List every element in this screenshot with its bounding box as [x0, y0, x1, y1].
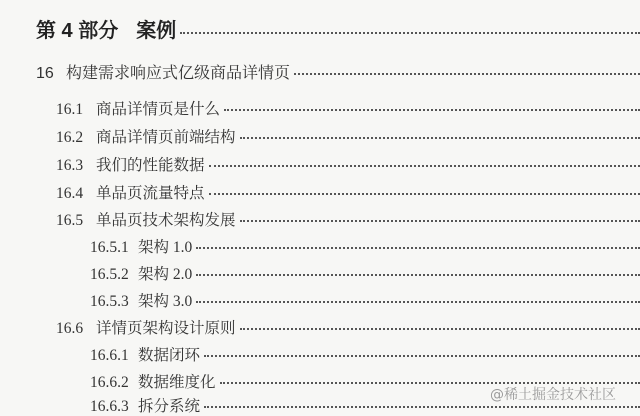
dot-leader	[196, 247, 640, 249]
dot-leader	[294, 73, 640, 75]
watermark: @稀土掘金技术社区	[486, 384, 620, 404]
entry-title: 单品页技术架构发展	[96, 208, 236, 230]
entry-number: 16.6.3	[90, 398, 138, 416]
entry-title: 架构 3.0	[138, 289, 192, 311]
dot-leader	[240, 328, 640, 330]
toc-entry: 16.6 详情页架构设计原则	[56, 316, 640, 338]
entry-title: 商品详情页是什么	[96, 97, 220, 119]
entry-title: 商品详情页前端结构	[96, 125, 236, 147]
toc-entry: 16.3 我们的性能数据	[56, 153, 640, 175]
dot-leader	[180, 32, 640, 34]
entry-title: 拆分系统	[138, 394, 200, 416]
entry-number: 16.5.2	[90, 266, 138, 284]
dot-leader	[224, 109, 640, 111]
toc-entry: 16.1 商品详情页是什么	[56, 97, 640, 119]
dot-leader	[204, 406, 640, 408]
toc-entry: 16.4 单品页流量特点	[56, 181, 640, 203]
entry-number: 16.3	[56, 157, 96, 175]
entry-number: 16.5.3	[90, 293, 138, 311]
dot-leader	[240, 220, 640, 222]
toc-entry: 16.5.2 架构 2.0	[90, 262, 640, 284]
part-title: 案例	[136, 14, 176, 43]
toc-entry: 16.2 商品详情页前端结构	[56, 125, 640, 147]
entry-title: 架构 2.0	[138, 262, 192, 284]
entry-title: 数据闭环	[138, 343, 200, 365]
dot-leader	[196, 301, 640, 303]
entry-title: 数据维度化	[138, 370, 216, 392]
dot-leader	[240, 137, 640, 139]
dot-leader	[196, 274, 640, 276]
toc-part-heading: 第 4 部分 案例	[36, 14, 640, 43]
entry-title: 架构 1.0	[138, 235, 192, 257]
toc-entry: 16.5 单品页技术架构发展	[56, 208, 640, 230]
entry-title: 单品页流量特点	[96, 181, 205, 203]
entry-number: 16.6.2	[90, 374, 138, 392]
entry-number: 16.4	[56, 185, 96, 203]
entry-number: 16.5	[56, 212, 96, 230]
entry-number: 16.2	[56, 129, 96, 147]
toc-page: 第 4 部分 案例 16 构建需求响应式亿级商品详情页 16.1 商品详情页是什…	[0, 0, 640, 416]
entry-title: 我们的性能数据	[96, 153, 205, 175]
dot-leader	[204, 355, 640, 357]
chapter-number: 16	[36, 65, 66, 83]
entry-number: 16.1	[56, 101, 96, 119]
dot-leader	[209, 193, 640, 195]
part-number: 第 4 部分	[36, 14, 118, 43]
entry-number: 16.6.1	[90, 347, 138, 365]
entry-title: 详情页架构设计原则	[96, 316, 236, 338]
entry-number: 16.6	[56, 320, 96, 338]
toc-chapter: 16 构建需求响应式亿级商品详情页	[36, 60, 640, 83]
toc-entry: 16.6.1 数据闭环	[90, 343, 640, 365]
toc-entry: 16.5.3 架构 3.0	[90, 289, 640, 311]
entry-number: 16.5.1	[90, 239, 138, 257]
dot-leader	[209, 165, 640, 167]
chapter-title: 构建需求响应式亿级商品详情页	[66, 60, 290, 83]
toc-entry: 16.5.1 架构 1.0	[90, 235, 640, 257]
